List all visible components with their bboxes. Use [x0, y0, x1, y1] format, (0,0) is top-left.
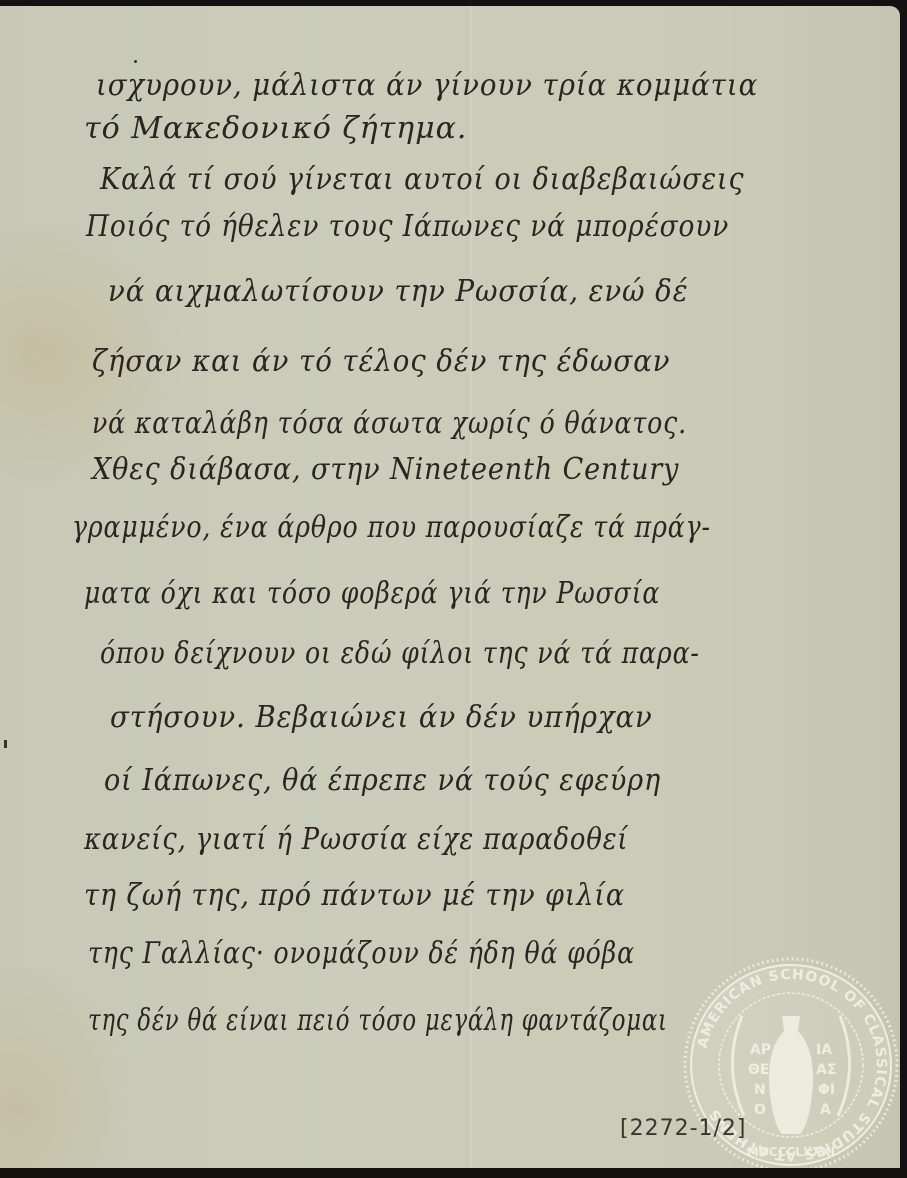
text-line-14: κανείς, γιατί ή Ρωσσία είχε παραδοθεί — [84, 822, 628, 857]
text-line-13: οί Ιάπωνες, θά έπρεπε νά τούς εφεύρη — [104, 763, 661, 798]
text-line-4: Ποιός τό ήθελεν τους Ιάπωνες νά μπορέσου… — [86, 209, 729, 244]
margin-mark — [4, 740, 7, 748]
text-line-8: Χθες διάβασα, στην Nineteenth Century — [92, 452, 679, 487]
text-line-3: Καλά τί σού γίνεται αυτοί οι διαβεβαιώσε… — [100, 162, 745, 197]
text-line-10: ματα όχι και τόσο φοβερά γιά την Ρωσσία — [84, 576, 660, 611]
text-line-5: νά αιχμαλωτίσουν την Ρωσσία, ενώ δέ — [108, 274, 688, 309]
svg-text:ΦΙ: ΦΙ — [818, 1082, 835, 1098]
svg-text:ΑΣ: ΑΣ — [816, 1062, 836, 1078]
text-line-12: στήσουν. Βεβαιώνει άν δέν υπήρχαν — [110, 700, 653, 735]
svg-text:ΑΡ: ΑΡ — [750, 1042, 771, 1058]
seal-bottom-text: MDCCCLXXXI — [747, 1145, 835, 1159]
text-line-9: γραμμένο, ένα άρθρο που παρουσίαζε τά πρ… — [72, 510, 711, 545]
svg-text:ΘΕ: ΘΕ — [748, 1062, 769, 1078]
library-seal-stamp: AMERICAN SCHOOL OF CLASSICAL STUDIES AT … — [682, 956, 900, 1174]
text-line-17: της δέν θά είναι πειό τόσο μεγάλη φαντάζ… — [88, 1003, 668, 1038]
svg-text:Ν: Ν — [754, 1082, 766, 1098]
ink-dot — [134, 60, 137, 63]
text-line-6: ζήσαν και άν τό τέλος δέν της έδωσαν — [92, 344, 670, 379]
archive-reference-number: [2272-1/2] — [620, 1116, 747, 1141]
text-line-7: νά καταλάβη τόσα άσωτα χωρίς ό θάνατος. — [92, 406, 687, 441]
text-line-1: ισχυρουν, μάλιστα άν γίνουν τρία κομμάτι… — [96, 68, 758, 103]
svg-text:Α: Α — [820, 1102, 831, 1118]
svg-text:Ο: Ο — [754, 1102, 766, 1118]
svg-text:ΙΑ: ΙΑ — [816, 1042, 832, 1058]
text-line-16: της Γαλλίας· ονομάζουν δέ ήδη θά φόβα — [88, 936, 635, 971]
text-line-15: τη ζωή της, πρό πάντων μέ την φιλία — [84, 878, 625, 913]
scan-bottom-border — [0, 1168, 907, 1178]
text-line-2: τό Μακεδονικό ζήτημα. — [84, 111, 467, 146]
text-line-11: όπου δείχνουν οι εδώ φίλοι της νά τά παρ… — [100, 636, 700, 671]
